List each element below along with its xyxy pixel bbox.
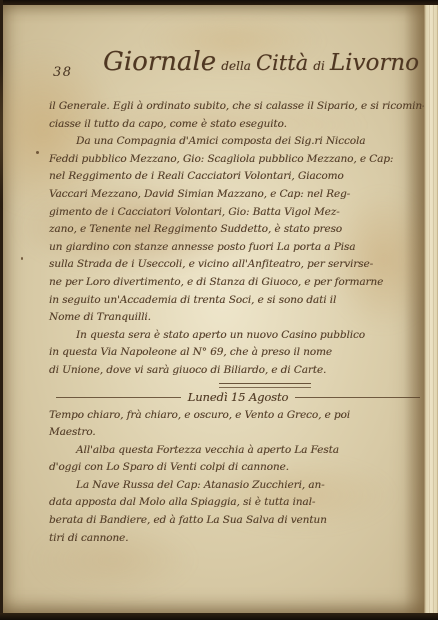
page-number: 38 — [53, 65, 73, 80]
entry-text-block-1: il Generale. Egli à ordinato subito, che… — [49, 98, 427, 380]
manuscript-line: d'oggi con Lo Sparo di Venti colpi di ca… — [49, 459, 427, 477]
manuscript-line: Feddi pubblico Mezzano, Gio: Scagliola p… — [49, 151, 427, 169]
manuscript-page: 38 Giornale della Città di Livorno il Ge… — [3, 5, 424, 613]
manuscript-line: in seguito un'Accademia di trenta Soci, … — [49, 292, 427, 310]
entry-date-heading: Lunedì 15 Agosto — [49, 389, 427, 407]
manuscript-line: berata di Bandiere, ed à fatto La Sua Sa… — [49, 512, 427, 530]
manuscript-line: In questa sera è stato aperto un nuovo C… — [49, 327, 427, 345]
entry-divider-rule — [219, 383, 311, 388]
manuscript-line: di Unione, dove vi sarà giuoco di Biliar… — [49, 362, 427, 380]
manuscript-line: data apposta dal Molo alla Spiaggia, si … — [49, 494, 427, 512]
ink-speck — [21, 257, 23, 260]
manuscript-line: Tempo chiaro, frà chiaro, e oscuro, e Ve… — [49, 407, 427, 425]
entry-date-text: Lunedì 15 Agosto — [188, 389, 289, 407]
ink-speck — [36, 151, 39, 154]
manuscript-line: Nome di Tranquilli. — [49, 309, 427, 327]
manuscript-line: ciasse il tutto da capo, come è stato es… — [49, 116, 427, 134]
entry-text-block-2: Tempo chiaro, frà chiaro, e oscuro, e Ve… — [49, 407, 427, 548]
title-word: Città — [256, 51, 308, 75]
title-word: Livorno — [330, 50, 419, 76]
manuscript-body: il Generale. Egli à ordinato subito, che… — [49, 98, 427, 547]
heading-rule-right — [295, 397, 420, 398]
book-fore-edge — [424, 5, 438, 613]
journal-title: Giornale della Città di Livorno — [103, 47, 413, 77]
manuscript-line: ne per Loro divertimento, e di Stanza di… — [49, 274, 427, 292]
manuscript-line: zano, e Tenente nel Reggimento Suddetto,… — [49, 221, 427, 239]
manuscript-line: tiri di cannone. — [49, 530, 427, 548]
manuscript-line: Maestro. — [49, 424, 427, 442]
manuscript-line: sulla Strada de i Useccoli, e vicino all… — [49, 256, 427, 274]
manuscript-line: in questa Via Napoleone al N° 69, che à … — [49, 344, 427, 362]
manuscript-line: Da una Compagnia d'Amici composta dei Si… — [49, 133, 427, 151]
manuscript-line: Vaccari Mezzano, David Simian Mazzano, e… — [49, 186, 427, 204]
manuscript-line: All'alba questa Fortezza vecchia à apert… — [49, 442, 427, 460]
manuscript-scan: 38 Giornale della Città di Livorno il Ge… — [0, 0, 438, 620]
manuscript-line: gimento de i Cacciatori Volontari, Gio: … — [49, 204, 427, 222]
manuscript-line: La Nave Russa del Cap: Atanasio Zucchier… — [49, 477, 427, 495]
heading-rule-left — [56, 397, 181, 398]
title-word: di — [313, 59, 325, 73]
manuscript-line: il Generale. Egli à ordinato subito, che… — [49, 98, 427, 116]
manuscript-line: un giardino con stanze annesse posto fuo… — [49, 239, 427, 257]
manuscript-line: nel Reggimento de i Reali Cacciatori Vol… — [49, 168, 427, 186]
scan-edge-bottom — [0, 613, 438, 620]
title-word: della — [221, 59, 251, 73]
title-word: Giornale — [103, 47, 216, 77]
